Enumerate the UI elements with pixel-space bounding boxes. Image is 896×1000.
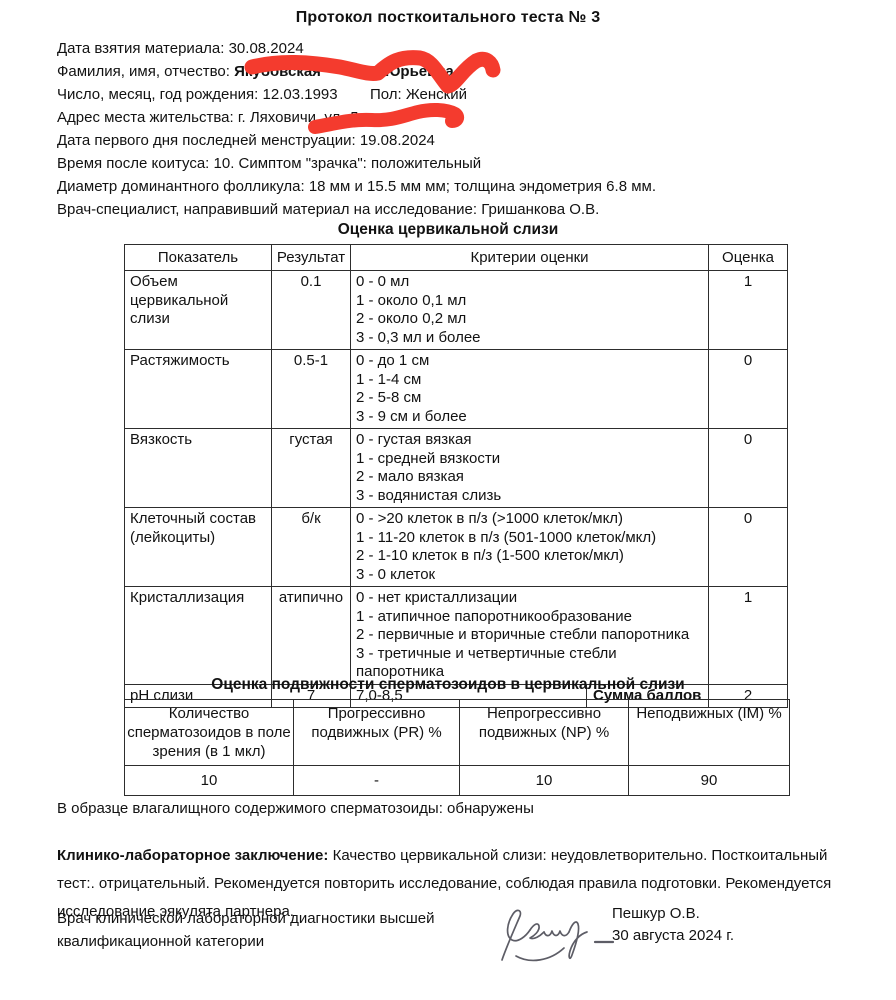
col-header-score: Оценка [709,245,788,271]
signer-date: 30 августа 2024 г. [612,927,734,944]
criteria-cell: 0 - нет кристаллизации 1 - атипичное пап… [351,587,709,685]
page-title: Протокол посткоитального теста № 3 [0,9,896,27]
score-cell: 0 [709,350,788,429]
indicator-cell: Клеточный состав (лейкоциты) [125,508,272,587]
birth-value: 12.03.1993 [263,86,338,103]
indicator-cell: Кристаллизация [125,587,272,685]
score-cell: 0 [709,508,788,587]
result-cell: атипично [272,587,351,685]
info-line-name: Фамилия, имя, отчество: ЯкубовскаяЮрьевн… [57,63,454,80]
mucus-table-caption: Оценка цервикальной слизи [0,221,896,239]
birth-label: Число, месяц, год рождения: [57,86,258,103]
motility-table-caption: Оценка подвижности сперматозоидов в церв… [0,676,896,694]
menses-label: Дата первого дня последней менструации: [57,132,356,149]
info-line-referrer: Врач-специалист, направивший материал на… [57,201,599,218]
result-cell: 0.5-1 [272,350,351,429]
col-header-pr: Прогрессивно подвижных (PR) % [294,700,460,766]
criteria-cell: 0 - густая вязкая 1 - средней вязкости 2… [351,429,709,508]
result-cell: б/к [272,508,351,587]
table-row: Объем цервикальной слизи 0.1 0 - 0 мл 1 … [125,271,788,350]
np-value: 10 [460,766,629,796]
result-cell: густая [272,429,351,508]
im-value: 90 [629,766,790,796]
mucus-assessment-table: Показатель Результат Критерии оценки Оце… [124,244,788,708]
indicator-cell: Растяжимость [125,350,272,429]
table-header-row: Количество сперматозоидов в поле зрения … [125,700,790,766]
col-header-np: Непрогрессивно подвижных (NP) % [460,700,629,766]
count-value: 10 [125,766,294,796]
conclusion-label: Клинико-лабораторное заключение: [57,847,328,864]
col-header-result: Результат [272,245,351,271]
col-header-criteria: Критерии оценки [351,245,709,271]
indicator-cell: Объем цервикальной слизи [125,271,272,350]
table-header-row: Показатель Результат Критерии оценки Оце… [125,245,788,271]
result-cell: 0.1 [272,271,351,350]
material-date-value: 30.08.2024 [229,40,304,57]
score-cell: 1 [709,587,788,685]
sample-result-line: В образце влагалищного содержимого сперм… [57,800,534,817]
score-cell: 1 [709,271,788,350]
doctor-title-block: Врач клинической лабораторной диагностик… [57,907,435,953]
patient-patronymic: Юрьевна [385,63,454,80]
patient-surname: Якубовская [234,63,321,80]
menses-value: 19.08.2024 [360,132,435,149]
table-row: 10 - 10 90 [125,766,790,796]
table-row: Растяжимость 0.5-1 0 - до 1 см 1 - 1-4 с… [125,350,788,429]
indicator-cell: Вязкость [125,429,272,508]
material-date-label: Дата взятия материала: [57,40,224,57]
info-line-birth: Число, месяц, год рождения: 12.03.1993 П… [57,86,338,103]
sperm-motility-table: Количество сперматозоидов в поле зрения … [124,699,790,796]
name-label: Фамилия, имя, отчество: [57,63,230,80]
info-line-address: Адрес места жительства: г. Ляховичи, ул.… [57,109,400,126]
criteria-cell: 0 - до 1 см 1 - 1-4 см 2 - 5-8 см 3 - 9 … [351,350,709,429]
info-line-follicle: Диаметр доминантного фолликула: 18 мм и … [57,178,656,195]
table-row: Вязкость густая 0 - густая вязкая 1 - ср… [125,429,788,508]
sex-label: Пол: [370,86,402,103]
signer-name: Пешкур О.В. [612,905,700,922]
sex-block: Пол: Женский [370,86,467,103]
info-line-menses: Дата первого дня последней менструации: … [57,132,435,149]
table-row: Кристаллизация атипично 0 - нет кристалл… [125,587,788,685]
col-header-indicator: Показатель [125,245,272,271]
criteria-cell: 0 - >20 клеток в п/з (>1000 клеток/мкл) … [351,508,709,587]
document-page: Протокол посткоитального теста № 3 Дата … [0,0,896,1000]
info-line-coitus: Время после коитуса: 10. Симптом "зрачка… [57,155,481,172]
criteria-cell: 0 - 0 мл 1 - около 0,1 мл 2 - около 0,2 … [351,271,709,350]
score-cell: 0 [709,429,788,508]
info-line-material-date: Дата взятия материала: 30.08.2024 [57,40,304,57]
col-header-im: Неподвижных (IM) % [629,700,790,766]
pr-value: - [294,766,460,796]
table-row: Клеточный состав (лейкоциты) б/к 0 - >20… [125,508,788,587]
address-value: г. Ляховичи, ул. Ленина [238,109,400,126]
sex-value: Женский [406,86,467,103]
col-header-count: Количество сперматозоидов в поле зрения … [125,700,294,766]
address-label: Адрес места жительства: [57,109,234,126]
